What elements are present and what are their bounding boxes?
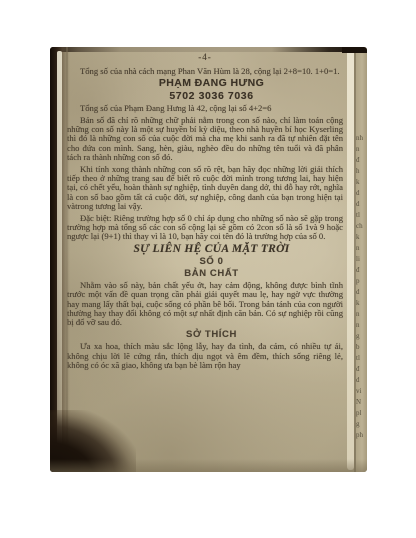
sub-heading-so-0: SỐ 0 [67, 257, 343, 266]
page-stack-edge [57, 51, 62, 464]
book-page-photo: -4- Tổng số của nhà cách mạng Phan Văn H… [50, 47, 367, 472]
paragraph-ban-so: Bản số đã chỉ rõ những chữ phải nằm tron… [67, 116, 343, 162]
sub-heading-ban-chat: BẢN CHẤT [67, 269, 343, 278]
page-gutter-highlight [347, 49, 354, 470]
name-numbers: 5702 3036 7036 [67, 92, 343, 101]
paragraph-dac-biet: Đặc biệt: Riêng trường hợp số 0 chỉ áp d… [67, 214, 343, 242]
book-top-right-edge [342, 47, 367, 53]
paragraph-intro-sum: Tổng số của nhà cách mạng Phan Văn Hùm l… [67, 67, 343, 76]
paragraph-so-thich: Ưa xa hoa, thích màu sắc lộng lẫy, hay đ… [67, 342, 343, 370]
paragraph-ban-chat: Nhằm vào số này, bản chất yếu ớt, hay cả… [67, 281, 343, 327]
name-heading: PHẠM ĐANG HƯNG [67, 79, 343, 88]
paragraph-khi-tinh: Khi tính xong thành những con số rõ rệt,… [67, 165, 343, 211]
page-text-column: -4- Tổng số của nhà cách mạng Phan Văn H… [67, 53, 343, 373]
adjacent-page-edge: nhnđhkddtlchknliđpdknngbtlđdviNplgph [356, 47, 367, 472]
page-margin-crease [66, 47, 68, 472]
paragraph-total-sum: Tổng số của Phạm Đang Hưng là 42, cộng l… [67, 104, 343, 113]
page-bottom-shadow [50, 459, 367, 472]
page-number: -4- [67, 53, 343, 62]
section-heading-mat-troi: SỰ LIÊN HỆ CỦA MẶT TRỜI [67, 245, 343, 254]
sub-heading-so-thich: SỞ THÍCH [67, 330, 343, 339]
screenshot-canvas: -4- Tổng số của nhà cách mạng Phan Văn H… [0, 0, 416, 538]
adjacent-page-partial-text: nhnđhkddtlchknliđpdknngbtlđdviNplgph [356, 133, 366, 441]
